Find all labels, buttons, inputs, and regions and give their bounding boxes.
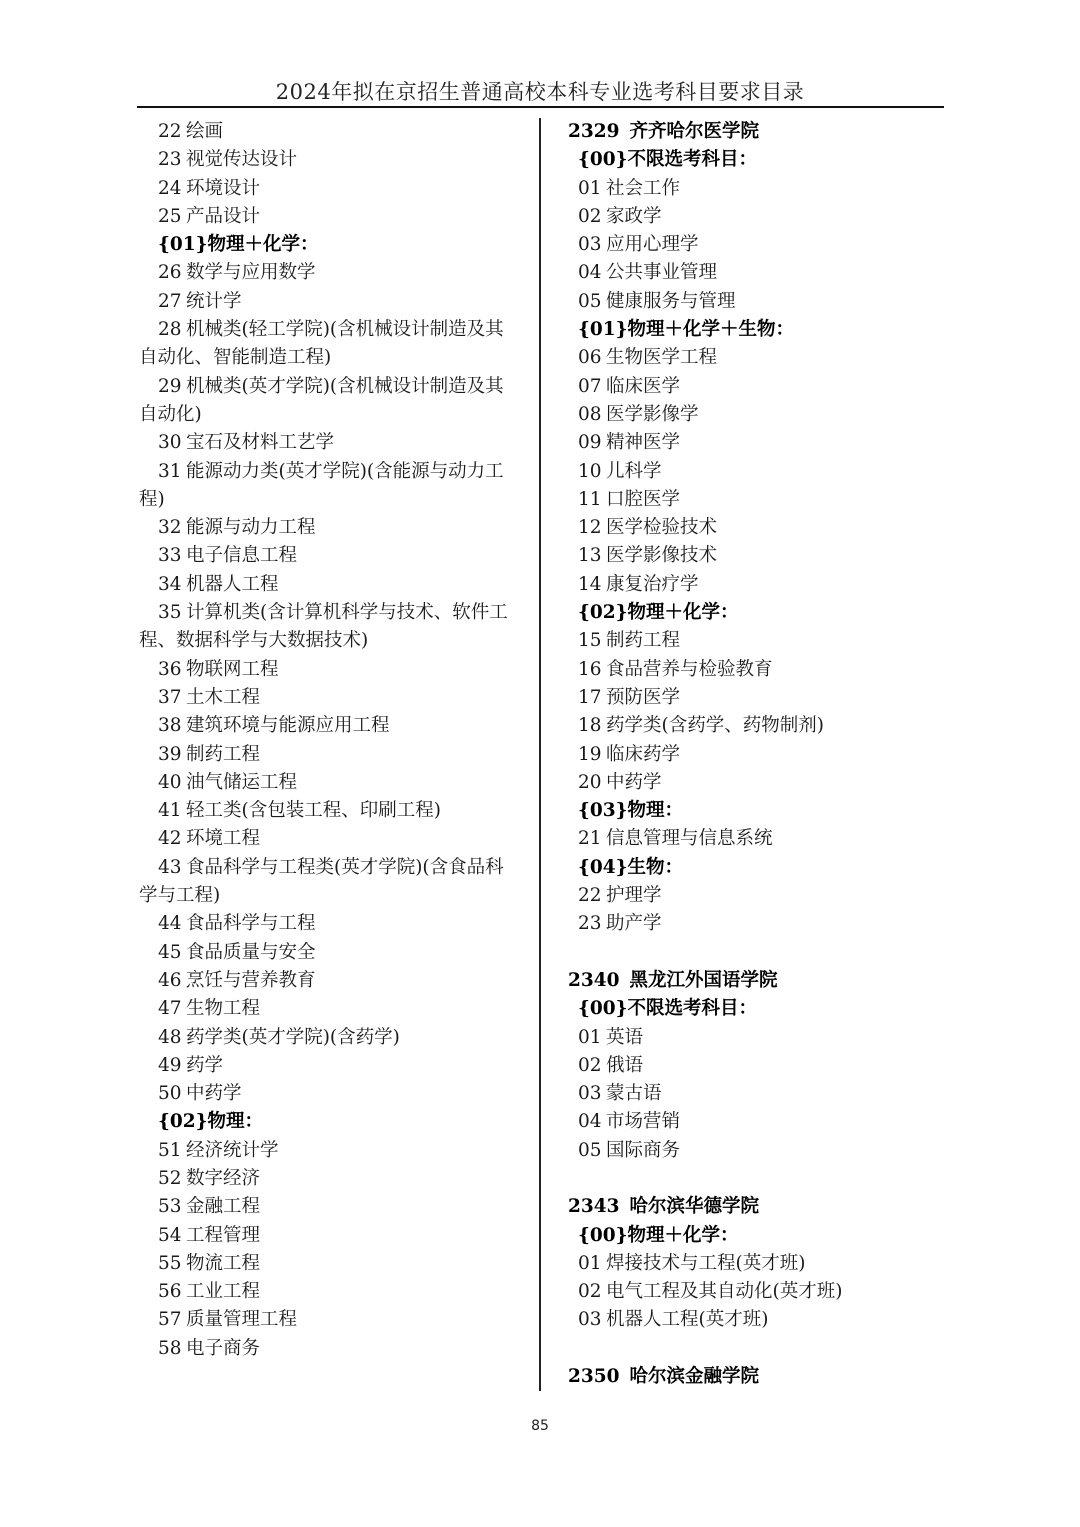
- major-name: 公共事业管理: [606, 262, 717, 283]
- major-item-continuation: 程、数据科学与大数据技术): [139, 627, 529, 655]
- major-number: 56: [158, 1278, 186, 1306]
- major-name: 数字经济: [186, 1168, 260, 1189]
- page-number: 85: [0, 1418, 1080, 1434]
- major-item: 03蒙古语: [568, 1080, 948, 1108]
- major-item: 47生物工程: [139, 995, 529, 1023]
- major-number: 42: [158, 825, 186, 853]
- major-number: 20: [578, 769, 606, 797]
- major-item: 28机械类(轻工学院)(含机械设计制造及其: [139, 316, 529, 344]
- major-name: 轻工类(含包装工程、印刷工程): [186, 800, 441, 821]
- major-name: 助产学: [606, 913, 662, 934]
- major-number: 06: [578, 344, 606, 372]
- major-name: 数学与应用数学: [186, 262, 316, 283]
- school-heading: 2350哈尔滨金融学院: [568, 1363, 948, 1391]
- major-name: 视觉传达设计: [186, 149, 297, 170]
- major-name: 中药学: [606, 772, 662, 793]
- major-item: 30宝石及材料工艺学: [139, 429, 529, 457]
- major-name: 应用心理学: [606, 234, 699, 255]
- major-number: 41: [158, 797, 186, 825]
- major-number: 07: [578, 373, 606, 401]
- left-column: 22绘画23视觉传达设计24环境设计25产品设计{01}物理＋化学：26数学与应…: [139, 118, 529, 1363]
- major-item: 19临床药学: [568, 741, 948, 769]
- major-number: 49: [158, 1052, 186, 1080]
- major-item: 46烹饪与营养教育: [139, 967, 529, 995]
- major-number: 37: [158, 684, 186, 712]
- major-number: 44: [158, 910, 186, 938]
- major-name: 物流工程: [186, 1253, 260, 1274]
- major-number: 18: [578, 712, 606, 740]
- major-number: 02: [578, 1278, 606, 1306]
- major-name: 生物工程: [186, 998, 260, 1019]
- major-item: 20中药学: [568, 769, 948, 797]
- major-name: 医学影像学: [606, 404, 699, 425]
- major-name: 环境设计: [186, 178, 260, 199]
- major-number: 02: [578, 1052, 606, 1080]
- major-item: 40油气储运工程: [139, 769, 529, 797]
- major-number: 29: [158, 373, 186, 401]
- major-name: 电气工程及其自动化(英才班): [606, 1281, 842, 1302]
- major-item: 55物流工程: [139, 1250, 529, 1278]
- major-name: 宝石及材料工艺学: [186, 432, 334, 453]
- major-name: 药学: [186, 1055, 223, 1076]
- major-name: 中药学: [186, 1083, 242, 1104]
- major-name: 临床药学: [606, 744, 680, 765]
- major-number: 03: [578, 1080, 606, 1108]
- major-number: 52: [158, 1165, 186, 1193]
- school-name: 哈尔滨华德学院: [630, 1196, 760, 1217]
- major-item: 04公共事业管理: [568, 259, 948, 287]
- major-name: 建筑环境与能源应用工程: [186, 715, 390, 736]
- major-name: 国际商务: [606, 1140, 680, 1161]
- major-item: 45食品质量与安全: [139, 939, 529, 967]
- major-item-continuation: 自动化): [139, 401, 529, 429]
- major-name: 蒙古语: [606, 1083, 662, 1104]
- major-item: 01英语: [568, 1024, 948, 1052]
- major-number: 46: [158, 967, 186, 995]
- major-number: 23: [158, 146, 186, 174]
- major-item: 51经济统计学: [139, 1137, 529, 1165]
- major-name: 经济统计学: [186, 1140, 279, 1161]
- major-item: 32能源与动力工程: [139, 514, 529, 542]
- major-number: 36: [158, 656, 186, 684]
- major-name: 生物医学工程: [606, 347, 717, 368]
- subject-requirement-heading: {00}不限选考科目：: [568, 146, 948, 174]
- major-item: 06生物医学工程: [568, 344, 948, 372]
- major-item: 52数字经济: [139, 1165, 529, 1193]
- major-number: 19: [578, 741, 606, 769]
- major-name: 计算机类(含计算机科学与技术、软件工: [186, 602, 508, 623]
- major-item: 50中药学: [139, 1080, 529, 1108]
- major-number: 53: [158, 1193, 186, 1221]
- major-number: 40: [158, 769, 186, 797]
- header-rule: [137, 106, 944, 108]
- major-name: 土木工程: [186, 687, 260, 708]
- major-name: 俄语: [606, 1055, 643, 1076]
- major-name: 食品科学与工程: [186, 913, 316, 934]
- major-number: 03: [578, 231, 606, 259]
- major-number: 05: [578, 1137, 606, 1165]
- major-number: 01: [578, 1024, 606, 1052]
- major-number: 47: [158, 995, 186, 1023]
- major-item: 23视觉传达设计: [139, 146, 529, 174]
- major-name: 医学检验技术: [606, 517, 717, 538]
- major-item: 18药学类(含药学、药物制剂): [568, 712, 948, 740]
- major-item: 03机器人工程(英才班): [568, 1306, 948, 1334]
- major-item: 27统计学: [139, 288, 529, 316]
- major-item: 04市场营销: [568, 1108, 948, 1136]
- major-name: 食品质量与安全: [186, 942, 316, 963]
- major-name: 市场营销: [606, 1111, 680, 1132]
- major-item: 29机械类(英才学院)(含机械设计制造及其: [139, 373, 529, 401]
- major-number: 25: [158, 203, 186, 231]
- major-item: 01焊接技术与工程(英才班): [568, 1250, 948, 1278]
- major-item: 02俄语: [568, 1052, 948, 1080]
- major-item: 58电子商务: [139, 1335, 529, 1363]
- major-name: 焊接技术与工程(英才班): [606, 1253, 805, 1274]
- major-name: 药学类(英才学院)(含药学): [186, 1027, 400, 1048]
- major-number: 35: [158, 599, 186, 627]
- major-name: 机器人工程(英才班): [606, 1309, 768, 1330]
- major-name: 制药工程: [606, 630, 680, 651]
- major-item: 15制药工程: [568, 627, 948, 655]
- major-item: 39制药工程: [139, 741, 529, 769]
- school-code: 2329: [568, 121, 620, 142]
- major-number: 55: [158, 1250, 186, 1278]
- major-number: 09: [578, 429, 606, 457]
- major-item: 17预防医学: [568, 684, 948, 712]
- school-code: 2350: [568, 1366, 620, 1387]
- subject-requirement-heading: {00}不限选考科目：: [568, 995, 948, 1023]
- major-number: 33: [158, 542, 186, 570]
- major-number: 45: [158, 939, 186, 967]
- major-number: 01: [578, 175, 606, 203]
- major-name: 产品设计: [186, 206, 260, 227]
- major-number: 48: [158, 1024, 186, 1052]
- column-divider: [539, 118, 541, 1391]
- subject-requirement-heading: {02}物理：: [139, 1108, 529, 1136]
- major-item: 49药学: [139, 1052, 529, 1080]
- major-item: 26数学与应用数学: [139, 259, 529, 287]
- major-item: 07临床医学: [568, 373, 948, 401]
- major-number: 34: [158, 571, 186, 599]
- major-number: 10: [578, 458, 606, 486]
- major-name: 环境工程: [186, 828, 260, 849]
- major-number: 22: [158, 118, 186, 146]
- major-item: 05国际商务: [568, 1137, 948, 1165]
- major-name: 机器人工程: [186, 574, 279, 595]
- major-name: 社会工作: [606, 178, 680, 199]
- major-name: 油气储运工程: [186, 772, 297, 793]
- right-column: 2329齐齐哈尔医学院{00}不限选考科目：01社会工作02家政学03应用心理学…: [568, 118, 948, 1391]
- major-item-continuation: 自动化、智能制造工程): [139, 344, 529, 372]
- major-number: 57: [158, 1306, 186, 1334]
- major-item: 34机器人工程: [139, 571, 529, 599]
- major-item: 24环境设计: [139, 175, 529, 203]
- major-number: 58: [158, 1335, 186, 1363]
- major-name: 电子商务: [186, 1338, 260, 1359]
- major-number: 54: [158, 1222, 186, 1250]
- major-name: 口腔医学: [606, 489, 680, 510]
- subject-requirement-heading: {03}物理：: [568, 797, 948, 825]
- major-item: 13医学影像技术: [568, 542, 948, 570]
- major-number: 11: [578, 486, 606, 514]
- major-name: 能源动力类(英才学院)(含能源与动力工: [186, 461, 504, 482]
- major-name: 护理学: [606, 885, 662, 906]
- major-number: 05: [578, 288, 606, 316]
- major-name: 临床医学: [606, 376, 680, 397]
- major-name: 食品科学与工程类(英才学院)(含食品科: [186, 857, 504, 878]
- major-number: 08: [578, 401, 606, 429]
- school-heading: 2329齐齐哈尔医学院: [568, 118, 948, 146]
- major-number: 01: [578, 1250, 606, 1278]
- major-item: 53金融工程: [139, 1193, 529, 1221]
- school-code: 2340: [568, 970, 620, 991]
- school-name: 黑龙江外国语学院: [630, 970, 778, 991]
- major-item: 03应用心理学: [568, 231, 948, 259]
- major-number: 32: [158, 514, 186, 542]
- major-name: 质量管理工程: [186, 1309, 297, 1330]
- major-item: 43食品科学与工程类(英才学院)(含食品科: [139, 854, 529, 882]
- major-name: 医学影像技术: [606, 545, 717, 566]
- major-item: 41轻工类(含包装工程、印刷工程): [139, 797, 529, 825]
- major-name: 康复治疗学: [606, 574, 699, 595]
- major-item-continuation: 学与工程): [139, 882, 529, 910]
- major-number: 43: [158, 854, 186, 882]
- major-number: 16: [578, 656, 606, 684]
- major-name: 精神医学: [606, 432, 680, 453]
- major-item: 33电子信息工程: [139, 542, 529, 570]
- major-name: 信息管理与信息系统: [606, 828, 773, 849]
- subject-requirement-heading: {00}物理＋化学：: [568, 1222, 948, 1250]
- major-number: 26: [158, 259, 186, 287]
- subject-requirement-heading: {01}物理＋化学＋生物：: [568, 316, 948, 344]
- major-item: 44食品科学与工程: [139, 910, 529, 938]
- major-item: 37土木工程: [139, 684, 529, 712]
- major-item: 25产品设计: [139, 203, 529, 231]
- major-number: 22: [578, 882, 606, 910]
- major-item: 54工程管理: [139, 1222, 529, 1250]
- major-number: 12: [578, 514, 606, 542]
- spacer: [568, 939, 948, 967]
- major-item: 11口腔医学: [568, 486, 948, 514]
- spacer: [568, 1335, 948, 1363]
- major-name: 制药工程: [186, 744, 260, 765]
- major-name: 绘画: [186, 121, 223, 142]
- page-title: 2024年拟在京招生普通高校本科专业选考科目要求目录: [0, 76, 1080, 106]
- major-name: 烹饪与营养教育: [186, 970, 316, 991]
- major-name: 能源与动力工程: [186, 517, 316, 538]
- major-name: 药学类(含药学、药物制剂): [606, 715, 824, 736]
- major-number: 14: [578, 571, 606, 599]
- major-number: 39: [158, 741, 186, 769]
- major-name: 预防医学: [606, 687, 680, 708]
- major-item: 42环境工程: [139, 825, 529, 853]
- major-name: 健康服务与管理: [606, 291, 736, 312]
- major-item: 01社会工作: [568, 175, 948, 203]
- major-number: 04: [578, 259, 606, 287]
- major-number: 04: [578, 1108, 606, 1136]
- major-item: 21信息管理与信息系统: [568, 825, 948, 853]
- major-number: 21: [578, 825, 606, 853]
- subject-requirement-heading: {02}物理＋化学：: [568, 599, 948, 627]
- major-item: 22绘画: [139, 118, 529, 146]
- major-number: 28: [158, 316, 186, 344]
- spacer: [568, 1165, 948, 1193]
- major-number: 51: [158, 1137, 186, 1165]
- major-item: 12医学检验技术: [568, 514, 948, 542]
- major-name: 物联网工程: [186, 659, 279, 680]
- school-name: 齐齐哈尔医学院: [630, 121, 760, 142]
- major-item: 02电气工程及其自动化(英才班): [568, 1278, 948, 1306]
- major-item: 08医学影像学: [568, 401, 948, 429]
- major-item: 09精神医学: [568, 429, 948, 457]
- major-item: 23助产学: [568, 910, 948, 938]
- major-item: 48药学类(英才学院)(含药学): [139, 1024, 529, 1052]
- school-code: 2343: [568, 1196, 620, 1217]
- major-number: 02: [578, 203, 606, 231]
- major-item: 16食品营养与检验教育: [568, 656, 948, 684]
- school-name: 哈尔滨金融学院: [630, 1366, 760, 1387]
- major-name: 儿科学: [606, 461, 662, 482]
- major-name: 机械类(轻工学院)(含机械设计制造及其: [186, 319, 504, 340]
- major-item: 38建筑环境与能源应用工程: [139, 712, 529, 740]
- major-number: 23: [578, 910, 606, 938]
- major-item: 35计算机类(含计算机科学与技术、软件工: [139, 599, 529, 627]
- major-name: 统计学: [186, 291, 242, 312]
- major-item: 36物联网工程: [139, 656, 529, 684]
- major-name: 食品营养与检验教育: [606, 659, 773, 680]
- major-name: 家政学: [606, 206, 662, 227]
- subject-requirement-heading: {04}生物：: [568, 854, 948, 882]
- major-name: 机械类(英才学院)(含机械设计制造及其: [186, 376, 504, 397]
- major-number: 27: [158, 288, 186, 316]
- major-number: 24: [158, 175, 186, 203]
- subject-requirement-heading: {01}物理＋化学：: [139, 231, 529, 259]
- major-item: 56工业工程: [139, 1278, 529, 1306]
- major-number: 50: [158, 1080, 186, 1108]
- major-number: 31: [158, 458, 186, 486]
- major-item-continuation: 程): [139, 486, 529, 514]
- major-number: 17: [578, 684, 606, 712]
- major-name: 工程管理: [186, 1225, 260, 1246]
- major-item: 10儿科学: [568, 458, 948, 486]
- major-number: 03: [578, 1306, 606, 1334]
- major-name: 英语: [606, 1027, 643, 1048]
- major-number: 30: [158, 429, 186, 457]
- major-number: 13: [578, 542, 606, 570]
- major-name: 金融工程: [186, 1196, 260, 1217]
- school-heading: 2340黑龙江外国语学院: [568, 967, 948, 995]
- major-name: 工业工程: [186, 1281, 260, 1302]
- major-number: 38: [158, 712, 186, 740]
- major-item: 05健康服务与管理: [568, 288, 948, 316]
- major-name: 电子信息工程: [186, 545, 297, 566]
- major-item: 14康复治疗学: [568, 571, 948, 599]
- major-item: 31能源动力类(英才学院)(含能源与动力工: [139, 458, 529, 486]
- major-item: 02家政学: [568, 203, 948, 231]
- major-item: 22护理学: [568, 882, 948, 910]
- major-number: 15: [578, 627, 606, 655]
- school-heading: 2343哈尔滨华德学院: [568, 1193, 948, 1221]
- major-item: 57质量管理工程: [139, 1306, 529, 1334]
